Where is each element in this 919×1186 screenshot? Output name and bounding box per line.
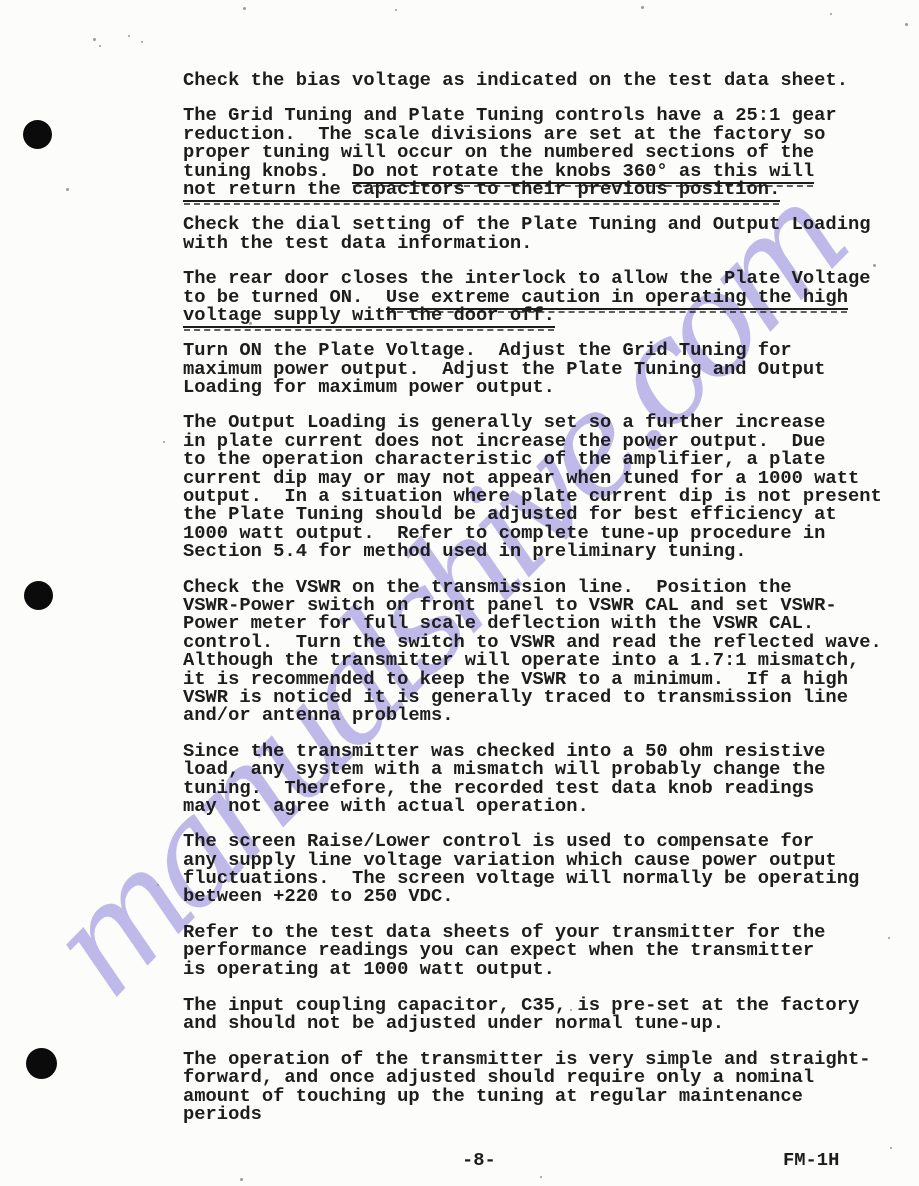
paragraph: Turn ON the Plate Voltage. Adjust the Gr… bbox=[183, 341, 899, 396]
text-segment: periods bbox=[183, 1103, 262, 1125]
text-segment: Loading for maximum power output. bbox=[183, 376, 555, 398]
text-line: amount of touching up the tuning at regu… bbox=[183, 1087, 899, 1105]
text-line: and/or antenna problems. bbox=[183, 706, 899, 724]
paragraph: Check the VSWR on the transmission line.… bbox=[183, 578, 899, 725]
punch-mark bbox=[24, 581, 53, 610]
scan-speck bbox=[128, 35, 130, 37]
doc-code: FM-1H bbox=[783, 1149, 839, 1171]
paragraph: The operation of the transmitter is very… bbox=[183, 1050, 899, 1124]
text-line: between +220 to 250 VDC. bbox=[183, 887, 899, 905]
scan-speck bbox=[249, 322, 252, 325]
text-segment: and should not be adjusted under normal … bbox=[183, 1012, 724, 1034]
scan-speck bbox=[163, 441, 165, 443]
text-line: Loading for maximum power output. bbox=[183, 378, 899, 396]
scan-speck bbox=[99, 45, 101, 47]
text-line: and should not be adjusted under normal … bbox=[183, 1014, 899, 1032]
text-segment: is operating at 1000 watt output. bbox=[183, 958, 555, 980]
scan-speck bbox=[157, 884, 159, 886]
scan-speck bbox=[540, 1176, 542, 1178]
scan-speck bbox=[93, 38, 96, 41]
underlined-text: voltage supply with the door off. bbox=[183, 304, 555, 328]
scan-speck bbox=[830, 13, 832, 15]
text-segment: amount of touching up the tuning at regu… bbox=[183, 1085, 803, 1107]
paragraph: The input coupling capacitor, C35, is pr… bbox=[183, 996, 899, 1033]
text-segment: Check the bias voltage as indicated on t… bbox=[183, 69, 848, 91]
scan-speck bbox=[243, 7, 246, 10]
text-segment: may not agree with actual operation. bbox=[183, 795, 589, 817]
paragraph: The Grid Tuning and Plate Tuning control… bbox=[183, 106, 899, 198]
paragraph: The rear door closes the interlock to al… bbox=[183, 269, 899, 324]
page-number: -8- bbox=[462, 1149, 496, 1171]
text-column: Check the bias voltage as indicated on t… bbox=[183, 71, 899, 1140]
paragraph: Since the transmitter was checked into a… bbox=[183, 742, 899, 816]
text-line: Check the bias voltage as indicated on t… bbox=[183, 71, 899, 89]
scan-speck bbox=[890, 1147, 892, 1149]
text-line: may not agree with actual operation. bbox=[183, 797, 899, 815]
scan-speck bbox=[240, 1178, 243, 1181]
scan-speck bbox=[66, 188, 69, 191]
underlined-text: not return the capacitors to their previ… bbox=[183, 178, 780, 202]
paragraph: Check the dial setting of the Plate Tuni… bbox=[183, 215, 899, 252]
scan-speck bbox=[570, 1009, 572, 1011]
document-page: manualshive.com Check the bias voltage a… bbox=[0, 0, 919, 1186]
punch-mark bbox=[26, 1048, 57, 1079]
paragraph: Refer to the test data sheets of your tr… bbox=[183, 923, 899, 978]
punch-mark bbox=[23, 120, 52, 149]
paragraph: The screen Raise/Lower control is used t… bbox=[183, 832, 899, 906]
scan-speck bbox=[141, 41, 143, 43]
paragraph: The Output Loading is generally set so a… bbox=[183, 413, 899, 560]
text-segment: between +220 to 250 VDC. bbox=[183, 885, 454, 907]
scan-speck bbox=[873, 264, 876, 267]
scan-speck bbox=[905, 23, 908, 26]
scan-speck bbox=[395, 9, 397, 11]
scan-speck bbox=[641, 6, 644, 9]
text-segment: Section 5.4 for method used in prelimina… bbox=[183, 540, 747, 562]
text-segment: with the test data information. bbox=[183, 232, 532, 254]
text-line: with the test data information. bbox=[183, 234, 899, 252]
text-line: periods bbox=[183, 1105, 899, 1123]
text-segment: and/or antenna problems. bbox=[183, 704, 454, 726]
paragraph: Check the bias voltage as indicated on t… bbox=[183, 71, 899, 89]
text-line: is operating at 1000 watt output. bbox=[183, 960, 899, 978]
scan-speck bbox=[888, 937, 890, 939]
text-line: Section 5.4 for method used in prelimina… bbox=[183, 542, 899, 560]
